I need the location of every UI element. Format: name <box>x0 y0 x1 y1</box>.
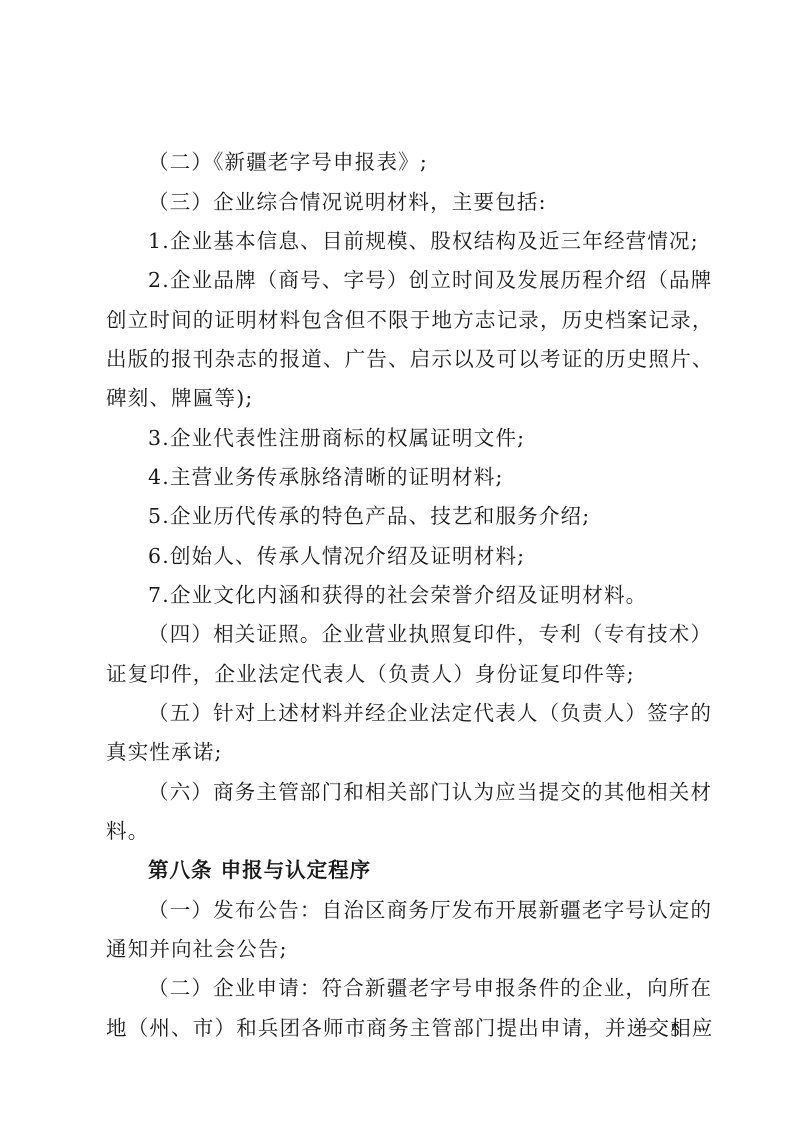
paragraph-line: 真实性承诺; <box>106 740 690 764</box>
paragraph-line: （二）企业申请：符合新疆老字号申报条件的企业，向所在 <box>148 976 690 1000</box>
list-item: 3.企业代表性注册商标的权属证明文件; <box>148 426 690 450</box>
paragraph-line: （三）企业综合情况说明材料，主要包括: <box>148 190 690 214</box>
paragraph-line: 出版的报刊杂志的报道、广告、启示以及可以考证的历史照片、 <box>106 347 690 371</box>
paragraph-line: （一）发布公告：自治区商务厅发布开展新疆老字号认定的 <box>148 898 690 922</box>
paragraph-line: （五）针对上述材料并经企业法定代表人（负责人）签字的 <box>148 701 690 725</box>
paragraph-line: 通知并向社会公告; <box>106 937 690 961</box>
paragraph-line: 料。 <box>106 819 690 843</box>
paragraph-line: （六）商务主管部门和相关部门认为应当提交的其他相关材 <box>148 780 690 804</box>
paragraph-line: 证复印件，企业法定代表人（负责人）身份证复印件等; <box>106 662 690 686</box>
list-item: 5.企业历代传承的特色产品、技艺和服务介绍; <box>148 504 690 528</box>
list-item: 7.企业文化内涵和获得的社会荣誉介绍及证明材料。 <box>148 583 690 607</box>
paragraph-line: 地（州、市）和兵团各师市商务主管部门提出申请，并递交相应 <box>106 1016 690 1040</box>
page-number: － 5 － <box>640 1016 714 1042</box>
paragraph-line: 创立时间的证明材料包含但不限于地方志记录，历史档案记录， <box>106 308 690 332</box>
document-page: （二）《新疆老字号申报表》; （三）企业综合情况说明材料，主要包括: 1.企业基… <box>0 0 793 1122</box>
paragraph-line: 2.企业品牌（商号、字号）创立时间及发展历程介绍（品牌 <box>148 268 690 292</box>
paragraph-line: 1.企业基本信息、目前规模、股权结构及近三年经营情况; <box>148 229 690 253</box>
section-heading: 第八条 申报与认定程序 <box>148 858 690 882</box>
list-item: 4.主营业务传承脉络清晰的证明材料; <box>148 465 690 489</box>
list-item: 6.创始人、传承人情况介绍及证明材料; <box>148 544 690 568</box>
paragraph-line: （四）相关证照。企业营业执照复印件，专利（专有技术） <box>148 622 690 646</box>
paragraph-line: （二）《新疆老字号申报表》; <box>148 150 690 174</box>
paragraph-line: 碑刻、牌匾等); <box>106 386 690 410</box>
